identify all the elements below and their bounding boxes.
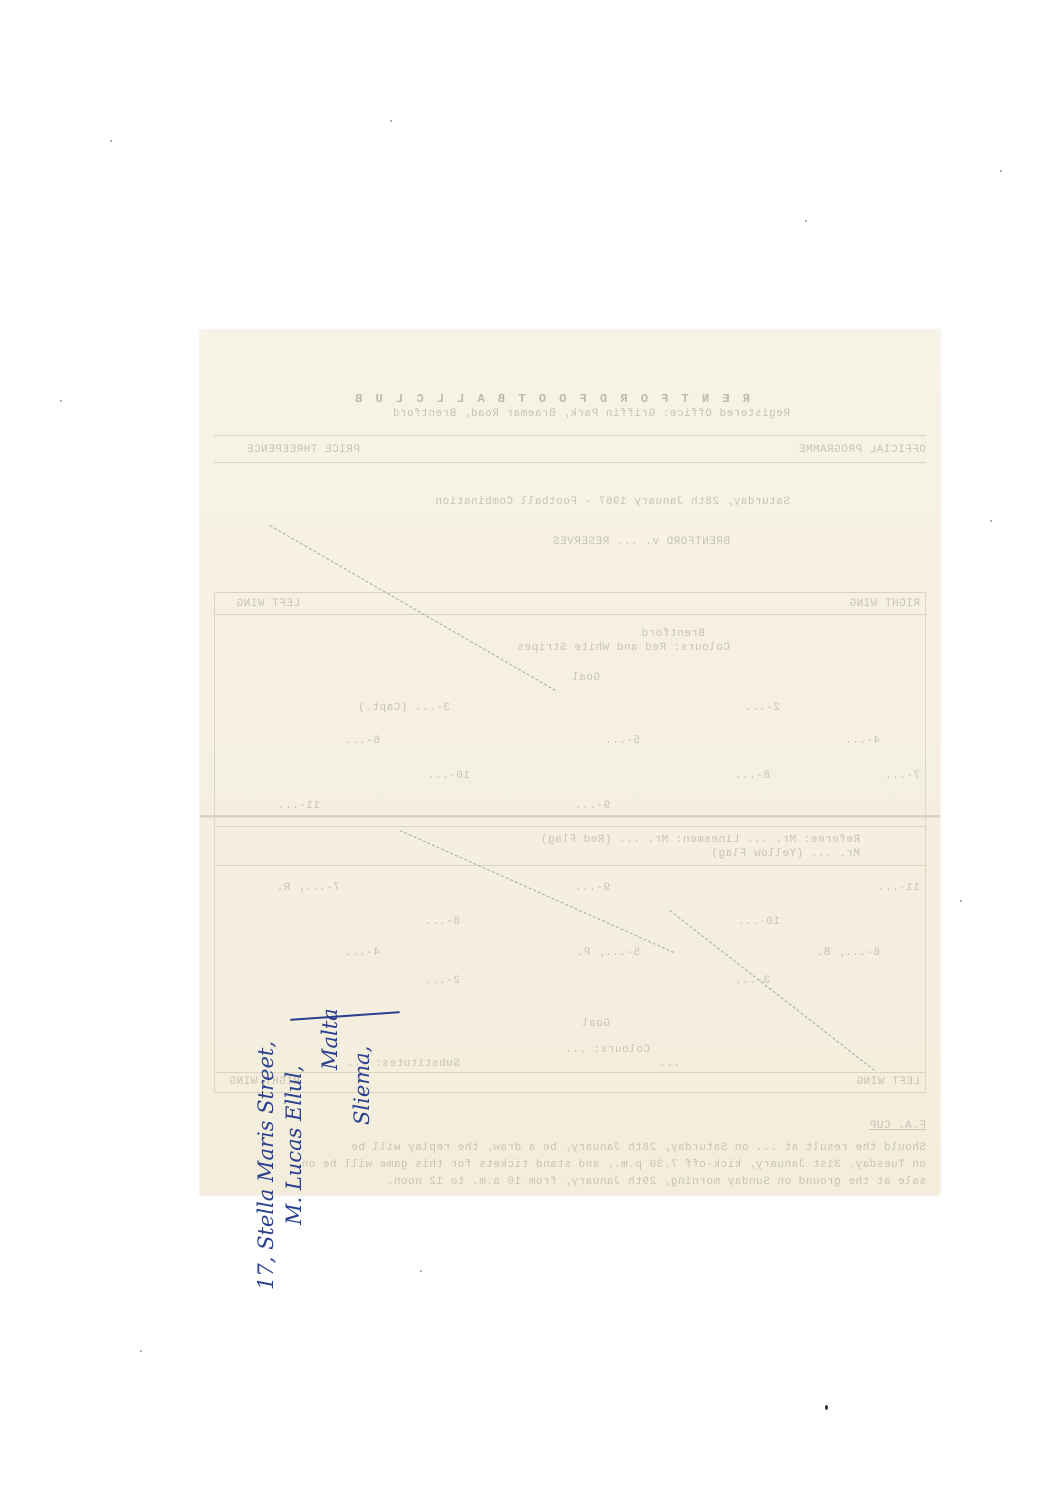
home-goal: Goal (572, 672, 600, 684)
home-player: 4-... (844, 735, 880, 747)
scan-speck (825, 1405, 828, 1410)
away-colours-b: ... (659, 1058, 680, 1070)
home-player: 5-... (604, 735, 640, 747)
away-goal: Goal (582, 1018, 610, 1030)
away-player: 7-..., R. (276, 882, 340, 894)
programme-sheet: R E N T F O R D F O O T B A L L C L U B … (200, 330, 940, 1195)
scan-speck (390, 120, 392, 122)
scan-speck (960, 900, 962, 902)
home-team-name: Brentford (641, 628, 705, 640)
table-header-right: LEFT WING (236, 598, 300, 610)
officials-line-2: Mr. ... (Yellow Flag) (711, 848, 860, 860)
away-player: 2-... (424, 975, 460, 987)
home-player: 7-... (884, 770, 920, 782)
table-header-left: RIGHT WING (849, 598, 920, 610)
away-player: 11-... (877, 882, 920, 894)
officials-line-1: Referee: Mr. ... Linesmen: Mr. ... (Red … (540, 834, 860, 846)
scan-speck (805, 220, 807, 222)
scan-speck (140, 1350, 142, 1352)
away-colours-a: Colours: ... (565, 1044, 650, 1056)
handwritten-town: Sliema, (350, 1046, 374, 1125)
fixture-match: BRENTFORD v. ... RESERVES (552, 536, 730, 548)
away-player: 6-..., B. (816, 947, 880, 959)
mirrored-typed-text: R E N T F O R D F O O T B A L L C L U B … (200, 330, 940, 1195)
price-label: PRICE THREEPENCE (246, 444, 360, 456)
club-name: R E N T F O R D F O O T B A L L C L U B (352, 392, 750, 406)
notice-line: on Tuesday, 31st January, kick-off 7.30 … (301, 1159, 926, 1171)
notice-line: Should the result at ... on Saturday, 28… (351, 1142, 926, 1154)
notice-line: sale at the ground on Sunday morning, 29… (386, 1176, 926, 1188)
away-player: 4-... (344, 947, 380, 959)
home-player: 2-... (744, 702, 780, 714)
away-player: 8-... (424, 916, 460, 928)
scan-speck (1000, 170, 1002, 172)
notice-heading: F.A. CUP (869, 1120, 926, 1132)
handwritten-country: Malta (318, 1008, 342, 1070)
programme-label: OFFICIAL PROGRAMME (798, 444, 926, 456)
home-player: 11-... (277, 800, 320, 812)
paper-fold-crease (200, 815, 940, 818)
home-colours: Colours: Red and White Stripes (517, 642, 730, 654)
scan-speck (420, 1270, 422, 1272)
away-player: 5-..., P. (576, 947, 640, 959)
away-player: 9-... (574, 882, 610, 894)
scan-speck (110, 140, 112, 142)
home-player: 10-... (427, 770, 470, 782)
home-player: 3-... (Capt.) (358, 702, 450, 714)
handwritten-name: M. Lucas Ellul, (282, 1065, 306, 1225)
home-player: 9-... (574, 800, 610, 812)
fixture-date: Saturday, 28th January 1967 - Football C… (435, 496, 790, 508)
table-footer-left: LEFT WING (856, 1076, 920, 1088)
away-player: 10-... (737, 916, 780, 928)
handwritten-street: 17, Stella Maris Street, (254, 1041, 278, 1290)
scan-speck (60, 400, 62, 402)
home-player: 8-... (734, 770, 770, 782)
club-address: Registered Office: Griffin Park, Braemar… (392, 408, 790, 420)
scan-speck (990, 520, 992, 522)
home-player: 6-... (344, 735, 380, 747)
